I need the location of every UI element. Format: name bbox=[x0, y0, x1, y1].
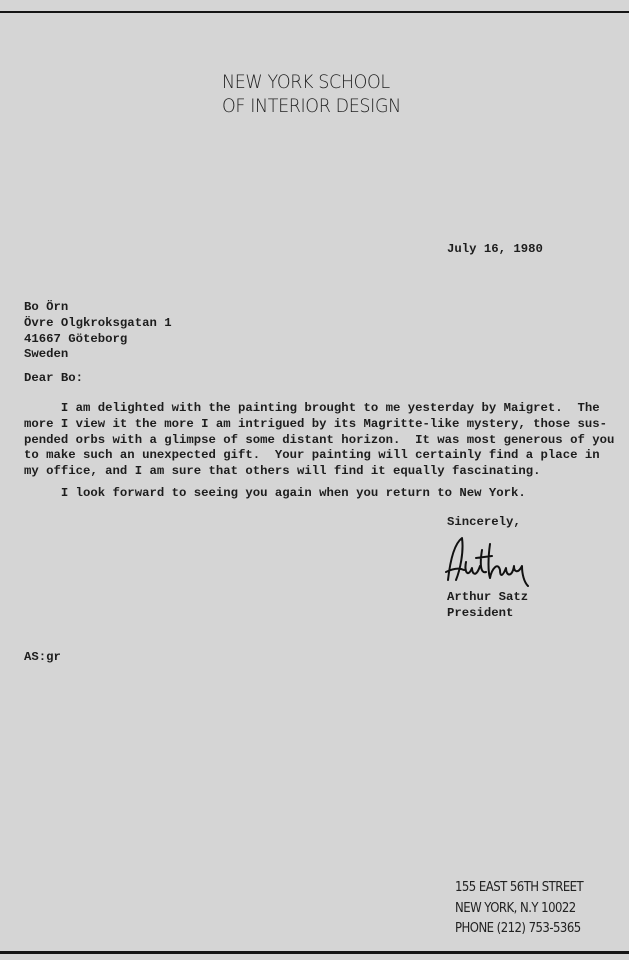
signer-block: Arthur SatzPresident bbox=[447, 590, 528, 622]
recipient-name: Bo Örn bbox=[24, 300, 172, 316]
recipient-country: Sweden bbox=[24, 347, 172, 363]
body-line: more I view it the more I am intrigued b… bbox=[24, 417, 614, 433]
footer-address: 155 EAST 56TH STREET NEW YORK, N.Y 10022… bbox=[455, 878, 583, 940]
body-line: I am delighted with the painting brought… bbox=[24, 401, 614, 417]
closing-paragraph: I look forward to seeing you again when … bbox=[24, 486, 526, 502]
footer-city: NEW YORK, N.Y 10022 bbox=[455, 899, 583, 920]
recipient-city: 41667 Göteborg bbox=[24, 332, 172, 348]
letter-date: July 16, 1980 bbox=[447, 242, 543, 258]
salutation: Dear Bo: bbox=[24, 371, 83, 387]
letterhead: NEW YORK SCHOOL OF INTERIOR DESIGN bbox=[222, 70, 401, 118]
footer-phone: PHONE (212) 753-5365 bbox=[455, 919, 583, 940]
signoff: Sincerely, bbox=[447, 515, 521, 531]
body-line: to make such an unexpected gift. Your pa… bbox=[24, 448, 614, 464]
body-line: my office, and I am sure that others wil… bbox=[24, 464, 614, 480]
signer-name: Arthur Satz bbox=[447, 590, 528, 606]
body-paragraph: I am delighted with the painting brought… bbox=[24, 401, 614, 480]
typist-initials: AS:gr bbox=[24, 650, 61, 666]
recipient-address: Bo ÖrnÖvre Olgkroksgatan 141667 Göteborg… bbox=[24, 300, 172, 363]
body-line: pended orbs with a glimpse of some dista… bbox=[24, 433, 614, 449]
letterhead-line-1: NEW YORK SCHOOL bbox=[222, 70, 401, 94]
footer-street: 155 EAST 56TH STREET bbox=[455, 878, 583, 899]
letterhead-line-2: OF INTERIOR DESIGN bbox=[222, 94, 401, 118]
signature-icon bbox=[440, 532, 540, 592]
recipient-street: Övre Olgkroksgatan 1 bbox=[24, 316, 172, 332]
bottom-rule bbox=[0, 951, 629, 954]
top-rule bbox=[0, 11, 629, 13]
signer-title: President bbox=[447, 606, 528, 622]
